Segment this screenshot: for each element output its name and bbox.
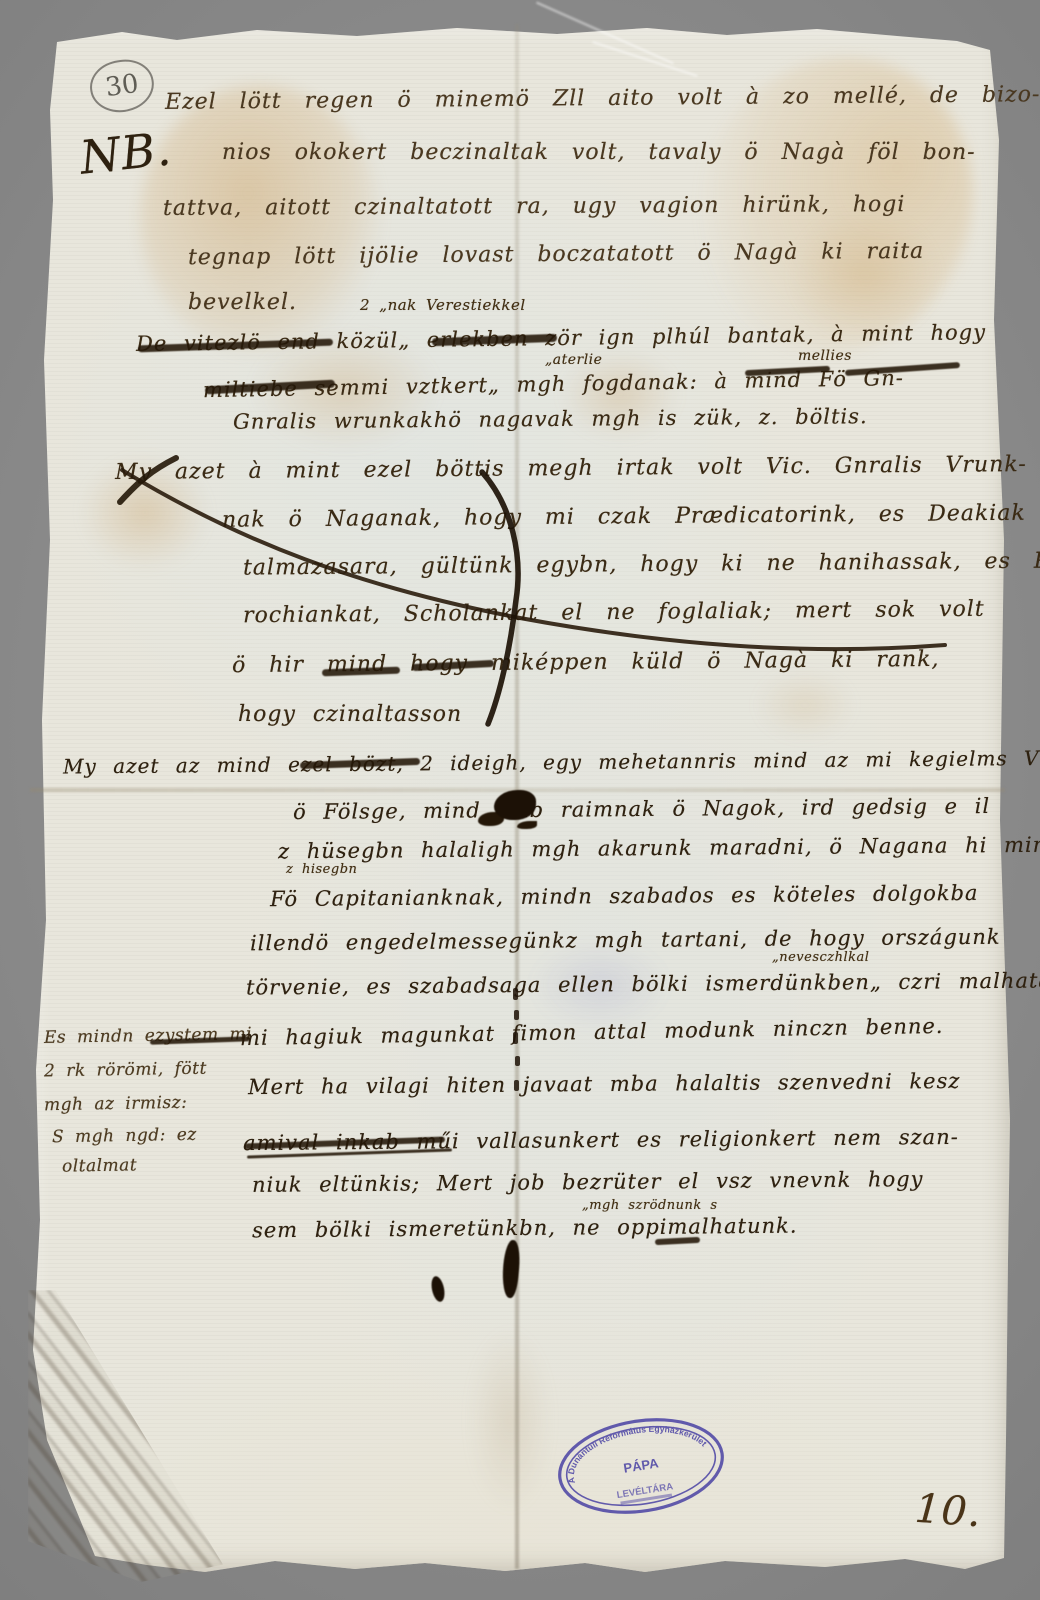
handwriting-line: hogy czinaltasson bbox=[238, 702, 462, 727]
interlinear-insertion: „nevesczhlkal bbox=[772, 950, 869, 965]
stain bbox=[470, 1330, 550, 1510]
stamp-center-text: PÁPA bbox=[622, 1455, 660, 1475]
handwriting-line: sem bölki ismeretünkbn, ne oppimalhatunk… bbox=[252, 1214, 798, 1243]
interlinear-insertion: mellies bbox=[798, 348, 852, 364]
crease-ink-dash bbox=[515, 1056, 520, 1066]
margin-note-line: S mgh ngd: ez bbox=[52, 1125, 197, 1148]
handwriting-line: bevelkel. bbox=[188, 290, 297, 315]
page-number: 10. bbox=[913, 1486, 983, 1537]
nb-annotation: NB. bbox=[77, 121, 174, 184]
crease-ink-dash bbox=[513, 1032, 518, 1044]
manuscript-scan: 30 NB. Ezel lött regen ö minemö Zll aito… bbox=[0, 0, 1040, 1600]
stain bbox=[755, 670, 855, 740]
interlinear-insertion: „aterlie bbox=[545, 352, 602, 368]
crease-ink-dash bbox=[513, 988, 518, 1000]
handwriting-line: nios okokert beczinaltak volt, tavaly ö … bbox=[222, 140, 976, 165]
margin-note-line: oltalmat bbox=[62, 1155, 138, 1176]
archive-number: 30 bbox=[104, 69, 141, 103]
handwriting-line: tattva, aitott czinaltatott ra, ugy vagi… bbox=[163, 192, 905, 221]
margin-note-line: 2 rk rörömi, fött bbox=[44, 1059, 207, 1082]
interlinear-insertion: „mgh szrödnunk s bbox=[582, 1198, 718, 1213]
crease-ink-dash bbox=[514, 1080, 519, 1091]
ink-blot bbox=[494, 790, 536, 820]
crease-ink-dash bbox=[514, 1010, 519, 1020]
interlinear-insertion: z hisegbn bbox=[286, 862, 357, 877]
margin-note-line: mgh az irmisz: bbox=[44, 1093, 188, 1115]
interlinear-insertion: 2 „nak Verestiekkel bbox=[360, 296, 526, 314]
margin-note-line: Es mindn ezystem mi bbox=[44, 1024, 252, 1048]
